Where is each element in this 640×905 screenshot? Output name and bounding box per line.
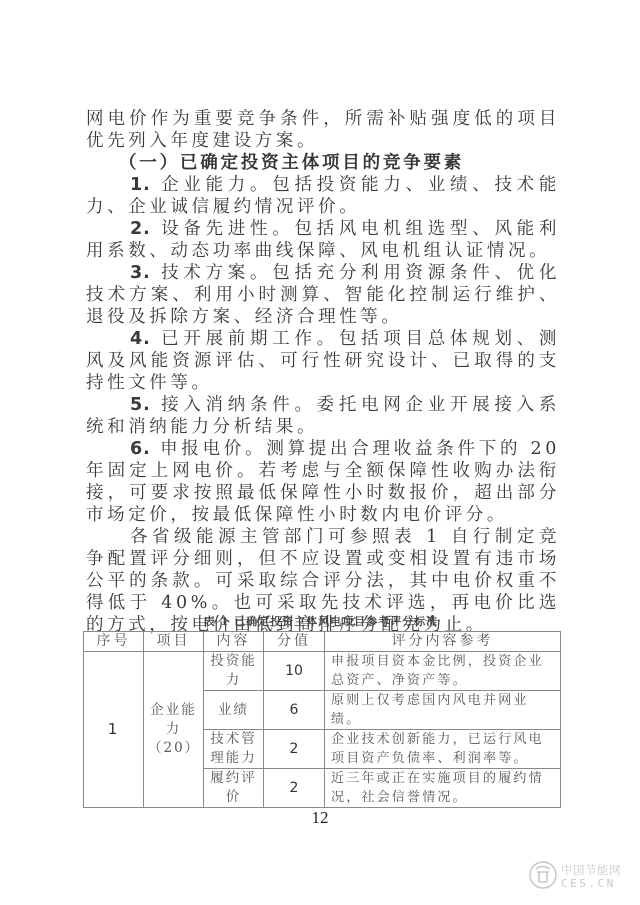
header-content: 内容 [204,632,264,652]
item-3: 3. 技术方案。包括充分利用资源条件、优化技术方案、利用小时测算、智能化控制运行… [86,262,560,328]
cell-seq: 1 [84,652,144,808]
cell-score: 6 [264,691,325,730]
item-5: 5. 接入消纳条件。委托电网企业开展接入系统和消纳能力分析结果。 [86,394,560,438]
header-reference: 评分内容参考 [325,632,561,652]
cell-reference: 原则上仅考虑国内风电并网业绩。 [325,691,561,730]
page-number: 12 [0,808,640,828]
body-text: 网电价作为重要竞争条件，所需补贴强度低的项目优先列入年度建设方案。 （一）已确定… [86,108,560,636]
table-row: 1 企业能力（20） 投资能力 10 申报项目资本金比例，投资企业总资产、净资产… [84,652,561,691]
cell-score: 10 [264,652,325,691]
item-text: 已开展前期工作。包括项目总体规划、测风及风能资源评估、可行性研究设计、已取得的支… [86,329,560,393]
cell-score: 2 [264,730,325,769]
cell-content: 履约评价 [204,769,264,808]
cell-reference: 申报项目资本金比例，投资企业总资产、净资产等。 [325,652,561,691]
document-page: 网电价作为重要竞争条件，所需补贴强度低的项目优先列入年度建设方案。 （一）已确定… [0,0,640,905]
cell-project: 企业能力（20） [144,652,204,808]
item-text: 技术方案。包括充分利用资源条件、优化技术方案、利用小时测算、智能化控制运行维护、… [86,263,560,327]
header-project: 项目 [144,632,204,652]
item-text: 申报电价。测算提出合理收益条件下的 20 年固定上网电价。若考虑与全额保障性收购… [86,439,560,525]
header-score: 分值 [264,632,325,652]
ces-logo-icon [528,860,558,894]
cell-reference: 近三年或正在实施项目的履约情况，社会信誉情况。 [325,769,561,808]
watermark-cn: 中国节能网 [561,864,621,877]
item-number: 1. [130,175,151,195]
item-6: 6. 申报电价。测算提出合理收益条件下的 20 年固定上网电价。若考虑与全额保障… [86,438,560,526]
item-number: 2. [130,219,151,239]
scoring-table: 序号 项目 内容 分值 评分内容参考 1 企业能力（20） 投资能力 10 申报… [83,631,561,808]
cell-reference: 企业技术创新能力，已运行风电项目资产负债率、利润率等。 [325,730,561,769]
cell-content: 技术管理能力 [204,730,264,769]
table-header-row: 序号 项目 内容 分值 评分内容参考 [84,632,561,652]
item-number: 6. [130,439,151,459]
cell-score: 2 [264,769,325,808]
cell-content: 投资能力 [204,652,264,691]
watermark: 中国节能网 CES.CN [528,860,621,894]
item-2: 2. 设备先进性。包括风电机组选型、风能利用系数、动态功率曲线保障、风电机组认证… [86,218,560,262]
watermark-en: CES.CN [561,877,621,890]
item-number: 3. [130,263,151,283]
item-1: 1. 企业能力。包括投资能力、业绩、技术能力、企业诚信履约情况评价。 [86,174,560,218]
item-number: 5. [130,395,151,415]
paragraph-continuation: 网电价作为重要竞争条件，所需补贴强度低的项目优先列入年度建设方案。 [86,108,560,152]
item-text: 设备先进性。包括风电机组选型、风能利用系数、动态功率曲线保障、风电机组认证情况。 [86,219,560,261]
section-heading: （一）已确定投资主体项目的竞争要素 [86,152,560,174]
item-number: 4. [130,329,151,349]
cell-content: 业绩 [204,691,264,730]
header-seq: 序号 [84,632,144,652]
item-text: 企业能力。包括投资能力、业绩、技术能力、企业诚信履约情况评价。 [86,175,560,217]
item-text: 接入消纳条件。委托电网企业开展接入系统和消纳能力分析结果。 [86,395,560,437]
item-4: 4. 已开展前期工作。包括项目总体规划、测风及风能资源评估、可行性研究设计、已取… [86,328,560,394]
table-caption: 表 1 已确定投资主体风电项目参考评分标准 [83,613,559,629]
